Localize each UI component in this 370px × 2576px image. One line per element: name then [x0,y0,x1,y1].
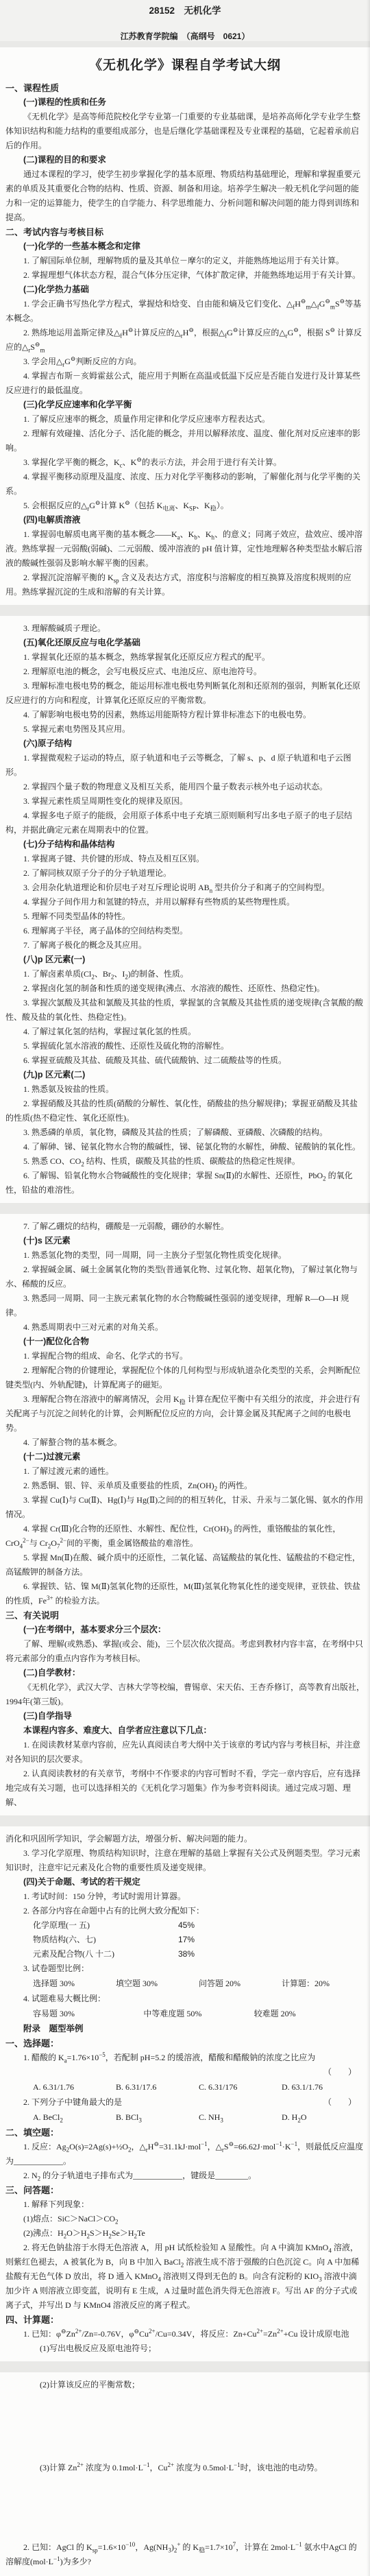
paragraph: 3. 掌握 Cu(Ⅰ)与 Cu(Ⅱ)、Hg(Ⅰ)与 Hg(Ⅱ)之间的的相互转化，… [5,1493,365,1522]
ratio-row: 化学原理(一 五)45% [33,1918,365,1933]
subsection-heading: (二)课程的目的和要求 [23,153,365,167]
page-header: 28152 无机化学 江苏教育学院编 （高纲号 0621） [0,0,370,41]
section-heading: 三、有关说明 [5,1608,365,1623]
document-body: 一、课程性质(一)课程的性质和任务《无机化学》是高等师范院校化学专业第一门重要的… [0,77,370,2576]
paragraph: 5. 理解不同类型晶体的特性。 [5,909,365,924]
paragraph: 3. 理解标准电极电势的概念，能运用标准电极电势判断氧化剂和还原剂的强弱，判断氧… [5,679,365,708]
paragraph: 2. 掌握卤化氢的制备和性质的递变规律(沸点、水溶液的酸性、还原性、热稳定性)。 [5,981,365,996]
row-item: A. 6.31/1.76 [33,2080,116,2095]
paragraph: 1. 掌握氧化还原的基本概念，熟练掌握氧化还原反应方程式的配平。 [5,650,365,665]
section-heading: 三、问答题： [5,2183,365,2197]
sub-question: (2)计算该反应的平衡常数； [40,2378,365,2392]
subsection-heading: (四)电解质溶液 [23,513,365,527]
subsection-heading: (八)p 区元素(一) [23,953,365,967]
paragraph: 4. 掌握吉布斯－亥姆霍兹公式，能应用于判断在高温或低温下反应是否能自发进行及计… [5,369,365,398]
paragraph: 3. 熟悉磷的单质，氧化物，磷酸及其盐的性质；了解磷酸、亚磷酸、次磷酸的结构。 [5,1125,365,1140]
paragraph: 3. 掌握化学平衡的概念，Kc、K⊖的表示方法，并会用于进行有关计算。 [5,455,365,470]
paragraph: 1. 熟悉氢化物的类型，同一周期，同一主族分子型氢化物性质变化规律。 [5,1248,365,1263]
row-item: 问答题 20% [199,1977,282,1991]
spacer [5,2569,365,2576]
subsection-heading: (一)在考纲中，基本要求分三个层次： [23,1623,365,1637]
subsection-heading: (二)化学热力基础 [23,283,365,297]
row-item: 中等难度题 50% [143,2007,254,2021]
paragraph: 5. 掌握 Mn(Ⅱ)在酸、碱介质中的还原性，二氧化锰、高锰酸盐的氧化性、锰酸盐… [5,1551,365,1579]
row-item: D. H2O [282,2110,365,2125]
paragraph: 了解、理解(或熟悉)、掌握(或会、能)，三个层次依次提高。考虑到教材内容丰富，在… [5,1637,365,1666]
ratio-row: 物质结构(六、七)17% [33,1933,365,1947]
ratio-label: 物质结构(六、七) [33,1933,178,1947]
paragraph: 3. 熟悉同一周期、同一主族元素氧化物的水合物酸碱性强弱的递变规律，理解 R—O… [5,1291,365,1320]
paragraph: 6. 掌握铁、钴、镍 M(Ⅱ)氢氧化物的还原性，M(Ⅲ)氢氧化物氧化性的递变规律… [5,1579,365,1608]
paragraph: 1. 熟悉氨及铵盐的性质。 [5,1082,365,1097]
calc-question: 1. 已知：φ⊖Zn2+/Zn=-0.76V，φ⊖Cu2+/Cu=0.34V，将… [40,2327,365,2341]
section-heading: 四、计算题： [5,2313,365,2327]
subsection-heading: (十二)过渡元素 [23,1450,365,1464]
paragraph: 1. 反应：Ag2O(s)=2Ag(s)+½O2，△rH⊖=31.1kJ·mol… [5,2140,365,2169]
paragraph: 2. 了解同核双原子分子的分子轨道理论。 [5,866,365,881]
paragraph: 5. 掌握硫化氢水溶液的酸性、还原性及硫化物的溶解性。 [5,1039,365,1053]
section-heading: 一、选择题： [5,2036,365,2051]
ratio-value: 38% [178,1947,195,1961]
row-item: D. 63.1/1.76 [282,2080,365,2095]
paragraph: 7. 了解离子极化的概念及其应用。 [5,938,365,953]
spread-row: 容易题 30%中等难度题 50%较难题 20% [33,2006,365,2022]
paragraph: 4. 掌握平衡移动原理及温度、浓度、压力对化学平衡移动的影响，了解催化剂与化学平… [5,470,365,499]
spread-row: A. 6.31/1.76B. 6.31/17.6C. 6.31/176D. 63… [33,2079,365,2095]
question-text: 2. 下列分子中键角最大的是 [5,2095,323,2110]
row-item: 容易题 30% [33,2007,143,2021]
paragraph: 3. 学习化学原理、物质结构知识时，注意在理解的基础上掌握有关公式及例题类型。学… [5,1846,365,1875]
section-heading: 二、填空题： [5,2125,365,2140]
paragraph: 2. 熟练地运用盖斯定律及△fH⊖计算反应的△rH⊖，根据△fG⊖计算反应的△r… [5,326,365,355]
course-code-title: 28152 无机化学 [5,3,365,18]
paragraph: 1. 醋酸的 Ka=1.76×10−5，若配制 pH=5.2 的缓溶液，醋酸和醋… [5,2051,365,2065]
question-line: 2. 下列分子中键角最大的是（ ） [5,2095,365,2110]
subsection-heading: (二)自学教材： [23,1666,365,1680]
spread-row: 选择题 30%填空题 30%问答题 20%计算题：20% [33,1976,365,1992]
answer-bracket: （ ） [323,2095,356,2110]
subsection-heading: 本课程内容多、难度大、自学者应注意以下几点： [23,1724,365,1738]
paragraph: 1. 了解过渡元素的通性。 [5,1464,365,1479]
paragraph: 2. 理解原电池的概念，会写电极反应式、电池反应、原电池符号。 [5,665,365,679]
paragraph: 通过本课程的学习，使学生初步掌握化学的基本原理、物质结构基础理论，理解和掌握重要… [5,167,365,225]
paragraph: 4. 试题难易大概比例： [5,1992,365,2006]
paragraph: 2. N2 的分子轨道电子排布式为____________，键级是_______… [5,2169,365,2183]
paragraph: 2. 将无色钠盐溶于水得无色溶液 A，用 pH 试纸检验知 A 显酸性。向 A … [5,2241,365,2313]
ratio-label: 元素及配合物(八 十二) [33,1947,178,1961]
subsection-heading: 附录 题型举例 [23,2022,365,2036]
paragraph: 1. 掌握离子键、共价键的形成、特点及相互区别。 [5,852,365,866]
row-item: B. 6.31/17.6 [116,2080,199,2095]
row-item: C. NH3 [199,2110,282,2125]
subsection-heading: (一)化学的一些基本概念和定律 [23,239,365,254]
paragraph: 2. 掌握硝酸及其盐的性质(硝酸的分解性、氧化性，硝酸盐的热分解规律)；掌握亚硝… [5,1097,365,1125]
paragraph: 2. 认真阅读教材的有关章节，考纲中不作要求的内容可暂时不看，学完一章内容后，应… [5,1767,365,1810]
subsection-heading: (五)氧化还原反应与电化学基础 [23,636,365,650]
subsection-heading: (九)p 区元素(二) [23,1068,365,1082]
paragraph: 4. 掌握分子间作用力和氢键的特点，并用以解释有些物质的某些物理性质。 [5,895,365,909]
paragraph: 3. 会用杂化轨道理论和价层电子对互斥理论说明 ABn 型共价分子和离子的空间构… [5,881,365,895]
paragraph: 《无机化学》是高等师范院校化学专业第一门重要的专业基础课，是培养高师化学专业学生… [5,110,365,153]
paragraph: 6. 了解锡、铅氧化物水合物碱酸性的变化规律；掌握 Sn(Ⅱ)的水解性、还原性，… [5,1169,365,1197]
spread-row: A. BeCl2B. BCl3C. NH3D. H2O [33,2110,365,2125]
paragraph: 2. 掌握理想气体状态方程，混合气体分压定律，气体扩散定律，并能熟练地运用于有关… [5,268,365,283]
paragraph: 1. 掌握弱电解质电离平衡的基本概念——Ka、Kb、Kh、的意义；同离子效应，盐… [5,527,365,571]
paragraph-continuation: 消化和巩固所学知识，学会解题方法，增强分析、解决问题的能力。 [5,1832,365,1846]
row-item: 较难题 20% [254,2007,365,2021]
page-gap [0,1203,370,1214]
paragraph: 5. 熟悉 CO、CO2 结构、性质，碳酸及其盐的性质、碳酸盐的热稳定性规律。 [5,1154,365,1169]
paragraph: 6. 理解离子半径，离子晶体的空间结构类型。 [5,924,365,938]
ratio-value: 45% [178,1918,195,1933]
paragraph: 1. 掌握微观粒子运动的特点，原子轨道和电子云等概念，了解 s、p、d 原子轨道… [5,751,365,780]
paragraph: 4. 了解砷、锑、铋氧化物水合物的酸碱性，锑、铋氯化物的水解性，砷酸、铋酸钠的氧… [5,1140,365,1154]
page-gap [0,1815,370,1826]
paragraph: (1)熔点：SiC＞NaCl＞CO2 [5,2212,365,2226]
scanned-document: 28152 无机化学 江苏教育学院编 （高纲号 0621） 《无机化学》课程自学… [0,0,370,2576]
paragraph: 1. 掌握配合物的组成、命名、化学式的书写。 [5,1349,365,1363]
row-item: 填空题 30% [116,1977,199,1991]
paragraph: 6. 掌握亚硫酸及其盐、硫酸及其盐、硫代硫酸钠、过二硫酸盐等的性质。 [5,1053,365,1068]
paragraph: (2)沸点：H2O＞H2S＞H2Se＞H2Te [5,2226,365,2241]
paragraph: 1. 解释下列现象： [5,2197,365,2212]
page-gap [0,2361,370,2372]
subsection-heading: (四)关于命题、考试的若干规定 [23,1875,365,1889]
paragraph: 1. 了解卤素单质(Cl2、Br2、I2)的制备、性质。 [5,967,365,981]
paragraph: 4. 了解螯合物的基本概念。 [5,1435,365,1450]
paragraph: 3. 学会用△rG⊖判断反应的方向。 [5,355,365,369]
paragraph: 3. 理解配合物在溶液中的解离情况，会用 K稳 计算在配位平衡中有关组分的浓度，… [5,1392,365,1435]
paragraph: 4. 掌握多电子原子的能级，会用原子体系中电子充填三原则顺利写出多电子原子的电子… [5,809,365,837]
paragraph: 2. 掌握碱金属、碱土金属氧化物的类型(普通氧化物、过氧化物、超氧化物)，了解过… [5,1263,365,1291]
subsection-heading: (七)分子结构和晶体结构 [23,837,365,852]
row-item: 计算题：20% [282,1977,365,1991]
section-heading: 二、考试内容与考核目标 [5,225,365,239]
paragraph: 3. 掌握元素性质呈周期性变化的规律及原因。 [5,794,365,809]
paragraph: 1. 学会正确书写热化学方程式，掌握焓和焓变、自由能和熵及它们变化、△fH⊖m△… [5,297,365,326]
paragraph: 《无机化学》，武汉大学、吉林大学等校编，曹锡章、宋天佑、王杏乔修订，高等教育出版… [5,1680,365,1709]
subsection-heading: (十一)配位化合物 [23,1335,365,1349]
paragraph: 2. 理解有效碰撞、活化分子、活化能的概念，并用以解释浓度、温度、催化剂对反应速… [5,427,365,455]
paragraph: 2. 已知：AgCl 的 Ksp=1.6×10−10，Ag(NH3)2+ 的 K… [5,2540,365,2569]
paragraph: 5. 掌握元素电势图及其应用。 [5,722,365,737]
paragraph: 2. 各部分内容在命题中占有的比例大致分配如下： [5,1904,365,1918]
paragraph: 1. 考试时间：150 分钟，考试时需用计算器。 [5,1889,365,1904]
row-item: 选择题 30% [33,1977,116,1991]
paragraph: 7. 了解乙硼烷的结构，硼酸是一元弱酸，硼砂的水解性。 [5,1219,365,1234]
page-gap [0,605,370,616]
paragraph: 1. 在阅读教材某章内容前，应先认真阅读自考大纲中关于该章的考试内容与考核目标，… [5,1738,365,1767]
document-title: 《无机化学》课程自学考试大纲 [0,47,370,77]
ratio-row: 元素及配合物(八 十二)38% [33,1947,365,1961]
row-item: A. BeCl2 [33,2110,116,2125]
paragraph: 2. 掌握四个量子数的物理意义及相互关系，能用四个量子数表示核外电子运动状态。 [5,780,365,794]
subsection-heading: (六)原子结构 [23,737,365,751]
paragraph: 3. 理解酸碱质子理论。 [5,621,365,636]
paragraph: 2. 熟悉铜、银、锌、汞单质及重要盐的性质，Zn(OH)2 的两性。 [5,1479,365,1493]
row-item: C. 6.31/176 [199,2080,282,2095]
spacer [5,2392,365,2461]
subsection-heading: (三)化学反应速率和化学平衡 [23,398,365,412]
paragraph: 4. 熟悉周期表中三对元素的对角关系。 [5,1320,365,1335]
sub-question: (1)写出电极反应及原电池符号； [40,2341,365,2356]
subsection-heading: (十)s 区元素 [23,1234,365,1248]
answer-bracket: （ ） [5,2065,365,2079]
paragraph: 1. 了解反应速率的概念，质量作用定律和化学反应速率方程表达式。 [5,412,365,427]
paragraph: 3. 掌握次氯酸及其盐和氯酸及其盐的性质，掌握氯的含氧酸及其盐性质的递变规律(含… [5,996,365,1025]
ratio-label: 化学原理(一 五) [33,1918,178,1933]
subsection-heading: (三)自学指导 [23,1709,365,1724]
paragraph: 4. 了解影响电极电势的因素，熟练运用能斯特方程计算非标准态下的电极电势。 [5,708,365,722]
paragraph: 5. 会根据反应的△rG⊖计算 K⊖（包括 K电离、KSP、K稳）。 [5,499,365,513]
sub-question: (3)计算 Zn2+ 浓度为 0.1mol·L−1，Cu2+ 浓度为 0.5mo… [40,2461,365,2475]
paragraph: 3. 试卷题型比例： [5,1961,365,1976]
ratio-value: 17% [178,1933,195,1947]
paragraph: 1. 了解国际单位制，理解物质的量及其单位－摩尔的定义，并能熟练地运用于有关计算… [5,254,365,268]
section-heading: 一、课程性质 [5,81,365,95]
row-item: B. BCl3 [116,2110,199,2125]
paragraph: 4. 掌握 Cr(Ⅲ)化合物的还原性、水解性、配位性，Cr(OH)3 的两性，重… [5,1522,365,1551]
paragraph: 2. 掌握沉淀溶解平衡的 Ksp 含义及表达方式，溶度积与溶解度的相互换算及溶度… [5,571,365,599]
paragraph: 4. 了解过氧化氢的结构，掌握过氧化氢的性质。 [5,1025,365,1039]
spacer [5,2475,365,2540]
subsection-heading: (一)课程的性质和任务 [23,95,365,110]
paragraph: 2. 理解配合物的价键理论，掌握配位个体的几何构型与形成轨道杂化类型的关系，会判… [5,1363,365,1392]
